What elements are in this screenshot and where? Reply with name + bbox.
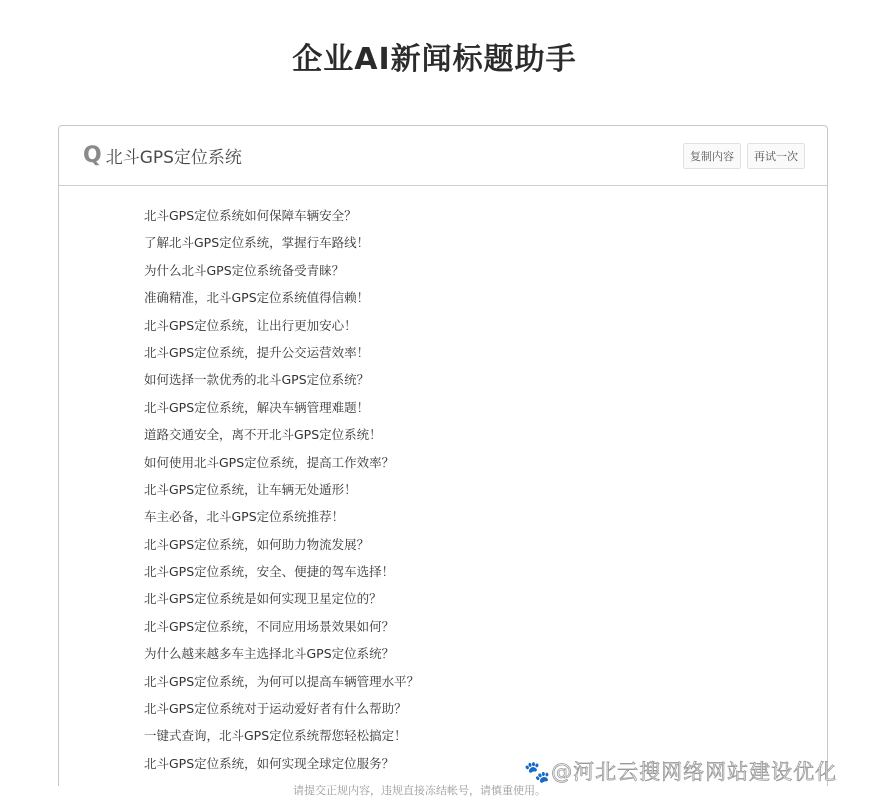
page-title: 企业AI新闻标题助手: [0, 34, 869, 78]
headline-item: 北斗GPS定位系统，让出行更加安心！: [144, 312, 827, 339]
card-header: Q 北斗GPS定位系统 复制内容 再试一次: [59, 126, 827, 186]
copy-content-button[interactable]: 复制内容: [683, 143, 741, 169]
retry-button[interactable]: 再试一次: [747, 143, 805, 169]
headline-item: 北斗GPS定位系统是如何实现卫星定位的？: [144, 585, 827, 612]
headline-item: 如何使用北斗GPS定位系统，提高工作效率？: [144, 449, 827, 476]
headline-item: 准确精准，北斗GPS定位系统值得信赖！: [144, 284, 827, 311]
headline-item: 北斗GPS定位系统，让车辆无处遁形！: [144, 476, 827, 503]
headline-item: 北斗GPS定位系统对于运动爱好者有什么帮助？: [144, 695, 827, 722]
search-query: 北斗GPS定位系统: [106, 143, 242, 168]
headline-item: 北斗GPS定位系统，为何可以提高车辆管理水平？: [144, 668, 827, 695]
headline-list: 北斗GPS定位系统如何保障车辆安全？ 了解北斗GPS定位系统，掌握行车路线！ 为…: [59, 186, 827, 777]
headline-item: 一键式查询，北斗GPS定位系统帮您轻松搞定！: [144, 722, 827, 749]
headline-item: 北斗GPS定位系统，提升公交运营效率！: [144, 339, 827, 366]
headline-item: 了解北斗GPS定位系统，掌握行车路线！: [144, 229, 827, 256]
headline-item: 为什么北斗GPS定位系统备受青睐？: [144, 257, 827, 284]
result-card: Q 北斗GPS定位系统 复制内容 再试一次 北斗GPS定位系统如何保障车辆安全？…: [58, 125, 828, 786]
headline-item: 北斗GPS定位系统如何保障车辆安全？: [144, 202, 827, 229]
headline-item: 北斗GPS定位系统，安全、便捷的驾车选择！: [144, 558, 827, 585]
search-icon: Q: [83, 145, 102, 167]
headline-item: 车主必备，北斗GPS定位系统推荐！: [144, 503, 827, 530]
footer-note: 请提交正规内容，违规直接冻结帐号，请慎重使用。: [0, 782, 869, 798]
headline-item: 北斗GPS定位系统，解决车辆管理难题！: [144, 394, 827, 421]
headline-item: 北斗GPS定位系统，如何助力物流发展？: [144, 531, 827, 558]
headline-item: 道路交通安全，离不开北斗GPS定位系统！: [144, 421, 827, 448]
headline-item: 北斗GPS定位系统，不同应用场景效果如何？: [144, 613, 827, 640]
header-actions: 复制内容 再试一次: [683, 143, 805, 169]
headline-item: 为什么越来越多车主选择北斗GPS定位系统？: [144, 640, 827, 667]
headline-item: 如何选择一款优秀的北斗GPS定位系统？: [144, 366, 827, 393]
